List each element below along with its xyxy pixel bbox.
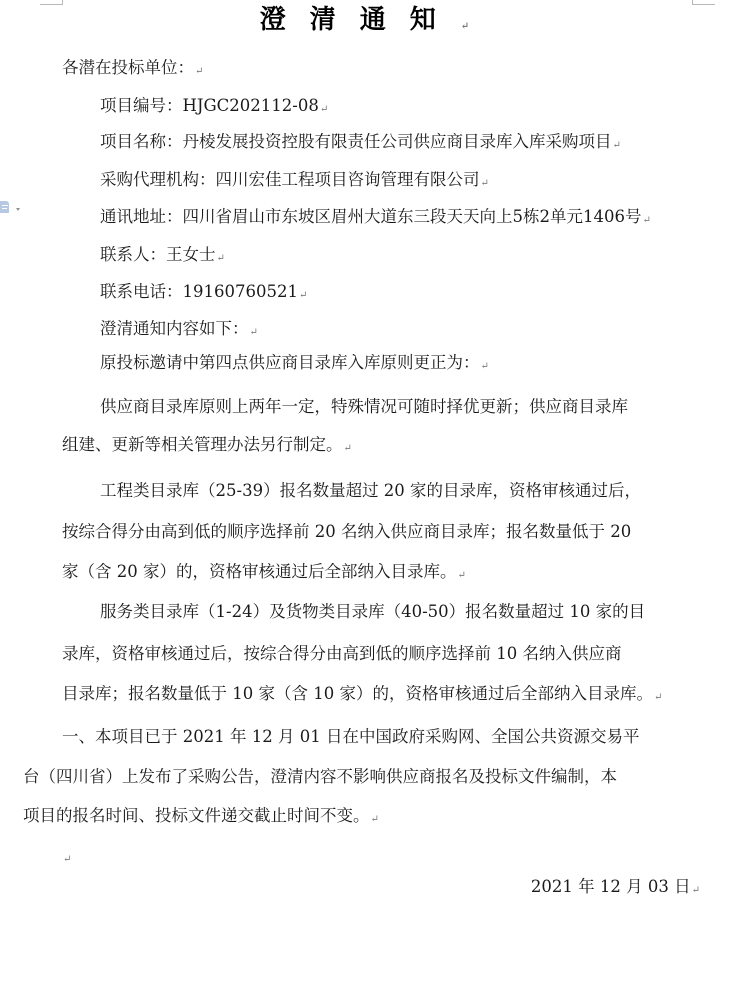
paragraph-3-line-2: 录库，资格审核通过后，按综合得分由高到低的顺序选择前 10 名纳入供应商 (62, 643, 622, 665)
phone-line: 联系电话：19160760521 (100, 281, 307, 307)
address-line: 通讯地址：四川省眉山市东坡区眉州大道东三段天天向上5栋2单元1406号 (100, 206, 651, 232)
project-name-label: 项目名称： (100, 132, 183, 151)
document-title: 澄清通知 (0, 3, 753, 44)
paragraph-mark-icon (481, 178, 489, 189)
project-number-label: 项目编号： (100, 96, 183, 115)
paragraph-text: 台（四川省）上发布了采购公告，澄清内容不影响供应商报名及投标文件编制，本 (23, 767, 617, 786)
date-text: 2021 年 12 月 03 日 (531, 877, 691, 896)
empty-paragraph (62, 845, 71, 871)
paragraph-1-line-1: 供应商目录库原则上两年一定，特殊情况可随时择优更新；供应商目录库 (100, 396, 628, 418)
paragraph-text: 组建、更新等相关管理办法另行制定。 (62, 435, 343, 454)
agency-label: 采购代理机构： (100, 170, 216, 189)
change-intro-line: 原投标邀请中第四点供应商目录库入库原则更正为： (100, 352, 489, 378)
project-name-line: 项目名称：丹棱发展投资控股有限责任公司供应商目录库入库采购项目 (100, 131, 621, 157)
paragraph-text: 目录库；报名数量低于 10 家（含 10 家）的，资格审核通过后全部纳入目录库。 (62, 684, 653, 703)
paragraph-mark-icon (643, 215, 651, 226)
project-number-line: 项目编号：HJGC202112-08 (100, 95, 328, 121)
phone-value: 19160760521 (183, 282, 298, 301)
paragraph-4-line-3: 项目的报名时间、投标文件递交截止时间不变。 (23, 805, 379, 831)
chevron-down-icon[interactable] (16, 208, 20, 211)
paragraph-text: 项目的报名时间、投标文件递交截止时间不变。 (23, 806, 370, 825)
agency-value: 四川宏佳工程项目咨询管理有限公司 (216, 170, 480, 189)
paragraph-mark-icon (63, 854, 71, 865)
change-intro-text: 原投标邀请中第四点供应商目录库入库原则更正为： (100, 353, 480, 372)
paragraph-text: 按综合得分由高到低的顺序选择前 20 名纳入供应商目录库；报名数量低于 20 (62, 522, 631, 541)
phone-label: 联系电话： (100, 282, 183, 301)
paragraph-mark-icon (654, 692, 662, 703)
paragraph-text: 录库，资格审核通过后，按综合得分由高到低的顺序选择前 10 名纳入供应商 (62, 644, 622, 663)
paragraph-2-line-3: 家（含 20 家）的，资格审核通过后全部纳入目录库。 (62, 561, 466, 587)
title-text: 澄清通知 (260, 5, 460, 35)
paragraph-mark-icon (299, 290, 307, 301)
salutation: 各潜在投标单位： (62, 57, 203, 83)
contact-label: 联系人： (100, 245, 166, 264)
agency-line: 采购代理机构：四川宏佳工程项目咨询管理有限公司 (100, 169, 489, 195)
paragraph-mark-icon (217, 253, 225, 264)
paste-options-icon[interactable] (0, 201, 9, 213)
paragraph-1-line-2: 组建、更新等相关管理办法另行制定。 (62, 434, 352, 460)
paragraph-mark-icon (344, 443, 352, 454)
intro-line: 澄清通知内容如下： (100, 318, 258, 344)
paragraph-2-line-2: 按综合得分由高到低的顺序选择前 20 名纳入供应商目录库；报名数量低于 20 (62, 521, 631, 543)
paragraph-4-line-2: 台（四川省）上发布了采购公告，澄清内容不影响供应商报名及投标文件编制，本 (23, 766, 617, 788)
paragraph-mark-icon (195, 66, 203, 77)
contact-line: 联系人：王女士 (100, 244, 225, 270)
project-name-value: 丹棱发展投资控股有限责任公司供应商目录库入库采购项目 (183, 132, 612, 151)
paragraph-text: 供应商目录库原则上两年一定，特殊情况可随时择优更新；供应商目录库 (100, 397, 628, 416)
contact-value: 王女士 (166, 245, 216, 264)
paragraph-3-line-1: 服务类目录库（1-24）及货物类目录库（40-50）报名数量超过 10 家的目 (100, 601, 645, 623)
paragraph-mark-icon (458, 570, 466, 581)
paragraph-mark-icon (250, 327, 258, 338)
intro-text: 澄清通知内容如下： (100, 319, 249, 338)
paragraph-mark-icon (692, 885, 700, 896)
paragraph-mark-icon (613, 140, 621, 151)
salutation-text: 各潜在投标单位： (62, 58, 194, 77)
paragraph-text: 工程类目录库（25-39）报名数量超过 20 家的目录库，资格审核通过后， (100, 481, 641, 500)
address-value: 四川省眉山市东坡区眉州大道东三段天天向上5栋2单元1406号 (183, 207, 642, 226)
paragraph-mark-icon (320, 104, 328, 115)
paragraph-mark-icon (461, 21, 493, 32)
paragraph-mark-icon (481, 361, 489, 372)
paragraph-text: 一、本项目已于 2021 年 12 月 01 日在中国政府采购网、全国公共资源交… (62, 727, 639, 746)
paragraph-2-line-1: 工程类目录库（25-39）报名数量超过 20 家的目录库，资格审核通过后， (100, 480, 641, 502)
project-number-value: HJGC202112-08 (183, 96, 319, 115)
paragraph-mark-icon (371, 814, 379, 825)
paragraph-3-line-3: 目录库；报名数量低于 10 家（含 10 家）的，资格审核通过后全部纳入目录库。 (62, 683, 662, 709)
paragraph-4-line-1: 一、本项目已于 2021 年 12 月 01 日在中国政府采购网、全国公共资源交… (62, 726, 639, 748)
paragraph-text: 家（含 20 家）的，资格审核通过后全部纳入目录库。 (62, 562, 457, 581)
paragraph-text: 服务类目录库（1-24）及货物类目录库（40-50）报名数量超过 10 家的目 (100, 602, 645, 621)
document-date: 2021 年 12 月 03 日 (380, 876, 700, 902)
address-label: 通讯地址： (100, 207, 183, 226)
